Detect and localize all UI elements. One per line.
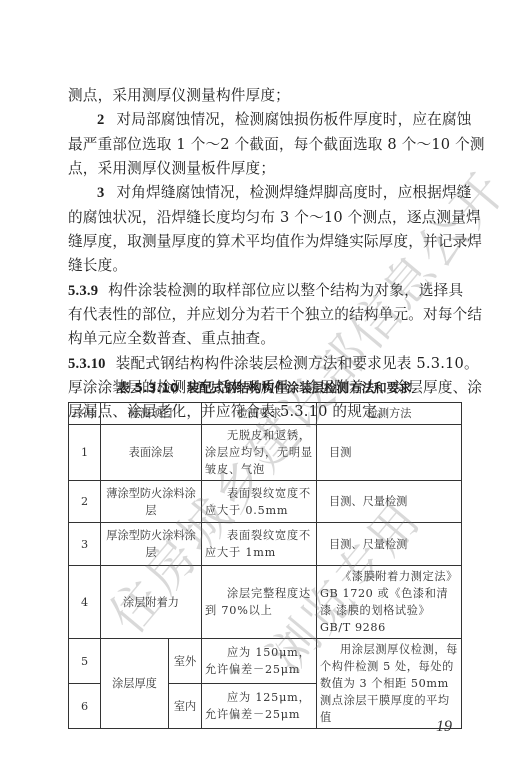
- row-number: 3: [69, 523, 101, 566]
- table-row: 3 厚涂型防火涂料涂层 表面裂纹宽度不应大于 1mm 目测、尺量检测: [69, 523, 462, 566]
- row-number: 5: [69, 639, 101, 684]
- row-method: 《漆膜附着力测定法》GB 1720 或《色漆和清漆 漆膜的划格试验》GB/T 9…: [317, 566, 462, 639]
- row-number: 1: [69, 425, 101, 481]
- list-item-2: 2对局部腐蚀情况，检测腐蚀损伤板件厚度时，应在腐蚀: [68, 108, 461, 132]
- table-row: 2 薄涂型防火涂料涂层 表面裂纹宽度不应大于 0.5mm 目测、尺量检测: [69, 481, 462, 523]
- row-requirement: 涂层完整程度达到 70%以上: [202, 566, 317, 639]
- clause-5-3-9: 5.3.9构件涂装检测的取样部位应以整个结构为对象，选择具: [68, 279, 461, 303]
- item-number: 3: [97, 185, 105, 201]
- header-method: 检测方法: [317, 403, 462, 425]
- row-subitem: 室内: [169, 684, 202, 729]
- row-method: 用涂层测厚仪检测，每个构件检测 5 处，每处的数值为 3 个相距 50mm 测点…: [317, 639, 462, 729]
- row-item: 厚涂型防火涂料涂层: [101, 523, 202, 566]
- item-number: 2: [97, 112, 105, 128]
- row-item: 薄涂型防火涂料涂层: [101, 481, 202, 523]
- text-line: 构件涂装检测的取样部位应以整个结构为对象，选择具: [108, 282, 463, 299]
- header-requirement: 检测要求: [202, 403, 317, 425]
- row-requirement: 应为 125μm，允许偏差－25μm: [202, 684, 317, 729]
- text-line: 缝长度。: [68, 254, 461, 278]
- body-text: 测点，采用测厚仪测量构件厚度； 2对局部腐蚀情况，检测腐蚀损伤板件厚度时，应在腐…: [68, 84, 461, 425]
- text-line: 测点，采用测厚仪测量构件厚度；: [68, 84, 461, 108]
- text-line: 点，采用测厚仪测量板件厚度；: [68, 157, 461, 181]
- clause-5-3-10: 5.3.10装配式钢结构构件涂装层检测方法和要求见表 5.3.10。: [68, 352, 461, 376]
- row-requirement: 无脱皮和返锈，涂层应均匀，无明显皱皮、气泡: [202, 425, 317, 481]
- row-method: 目测、尺量检测: [317, 523, 462, 566]
- header-no: 序号: [69, 403, 101, 425]
- row-method: 目测: [317, 425, 462, 481]
- row-item: 涂层附着力: [101, 566, 202, 639]
- table-row: 1 表面涂层 无脱皮和返锈，涂层应均匀，无明显皱皮、气泡 目测: [69, 425, 462, 481]
- text-line: 有代表性的部位，并应划分为若干个独立的结构单元。对每个结: [68, 303, 461, 327]
- text-line: 构单元应全数普查、重点抽查。: [68, 327, 461, 351]
- page-number: 19: [436, 718, 452, 736]
- row-item: 涂层厚度: [101, 639, 169, 729]
- document-page: 测点，采用测厚仪测量构件厚度； 2对局部腐蚀情况，检测腐蚀损伤板件厚度时，应在腐…: [0, 0, 529, 766]
- row-requirement: 表面裂纹宽度不应大于 1mm: [202, 523, 317, 566]
- header-item: 检测项目: [101, 403, 202, 425]
- clause-number: 5.3.10: [68, 356, 106, 372]
- row-method: 目测、尺量检测: [317, 481, 462, 523]
- table-row: 4 涂层附着力 涂层完整程度达到 70%以上 《漆膜附着力测定法》GB 1720…: [69, 566, 462, 639]
- row-number: 6: [69, 684, 101, 729]
- text-line: 最严重部位选取 1 个～2 个截面，每个截面选取 8 个～10 个测: [68, 133, 461, 157]
- row-requirement: 表面裂纹宽度不应大于 0.5mm: [202, 481, 317, 523]
- text-line: 缝厚度，取测量厚度的算术平均值作为焊缝实际厚度，并记录焊: [68, 230, 461, 254]
- table-title: 装配式钢结构构件涂装层检测方法和要求: [187, 380, 412, 395]
- text-line: 装配式钢结构构件涂装层检测方法和要求见表 5.3.10。: [116, 355, 479, 372]
- row-number: 4: [69, 566, 101, 639]
- table-number: 表 5.3.10: [117, 380, 178, 395]
- text-line: 对局部腐蚀情况，检测腐蚀损伤板件厚度时，应在腐蚀: [117, 111, 472, 128]
- row-number: 2: [69, 481, 101, 523]
- table-caption: 表 5.3.10装配式钢结构构件涂装层检测方法和要求: [68, 378, 461, 396]
- coating-inspection-table: 序号 检测项目 检测要求 检测方法 1 表面涂层 无脱皮和返锈，涂层应均匀，无明…: [68, 402, 462, 729]
- row-subitem: 室外: [169, 639, 202, 684]
- row-item: 表面涂层: [101, 425, 202, 481]
- table-row: 5 涂层厚度 室外 应为 150μm，允许偏差－25μm 用涂层测厚仪检测，每个…: [69, 639, 462, 684]
- row-requirement: 应为 150μm，允许偏差－25μm: [202, 639, 317, 684]
- list-item-3: 3对角焊缝腐蚀情况，检测焊缝焊脚高度时，应根据焊缝: [68, 181, 461, 205]
- table-header-row: 序号 检测项目 检测要求 检测方法: [69, 403, 462, 425]
- clause-number: 5.3.9: [68, 283, 98, 299]
- text-line: 对角焊缝腐蚀情况，检测焊缝焊脚高度时，应根据焊缝: [117, 184, 472, 201]
- text-line: 的腐蚀状况，沿焊缝长度均匀布 3 个～10 个测点，逐点测量焊: [68, 206, 461, 230]
